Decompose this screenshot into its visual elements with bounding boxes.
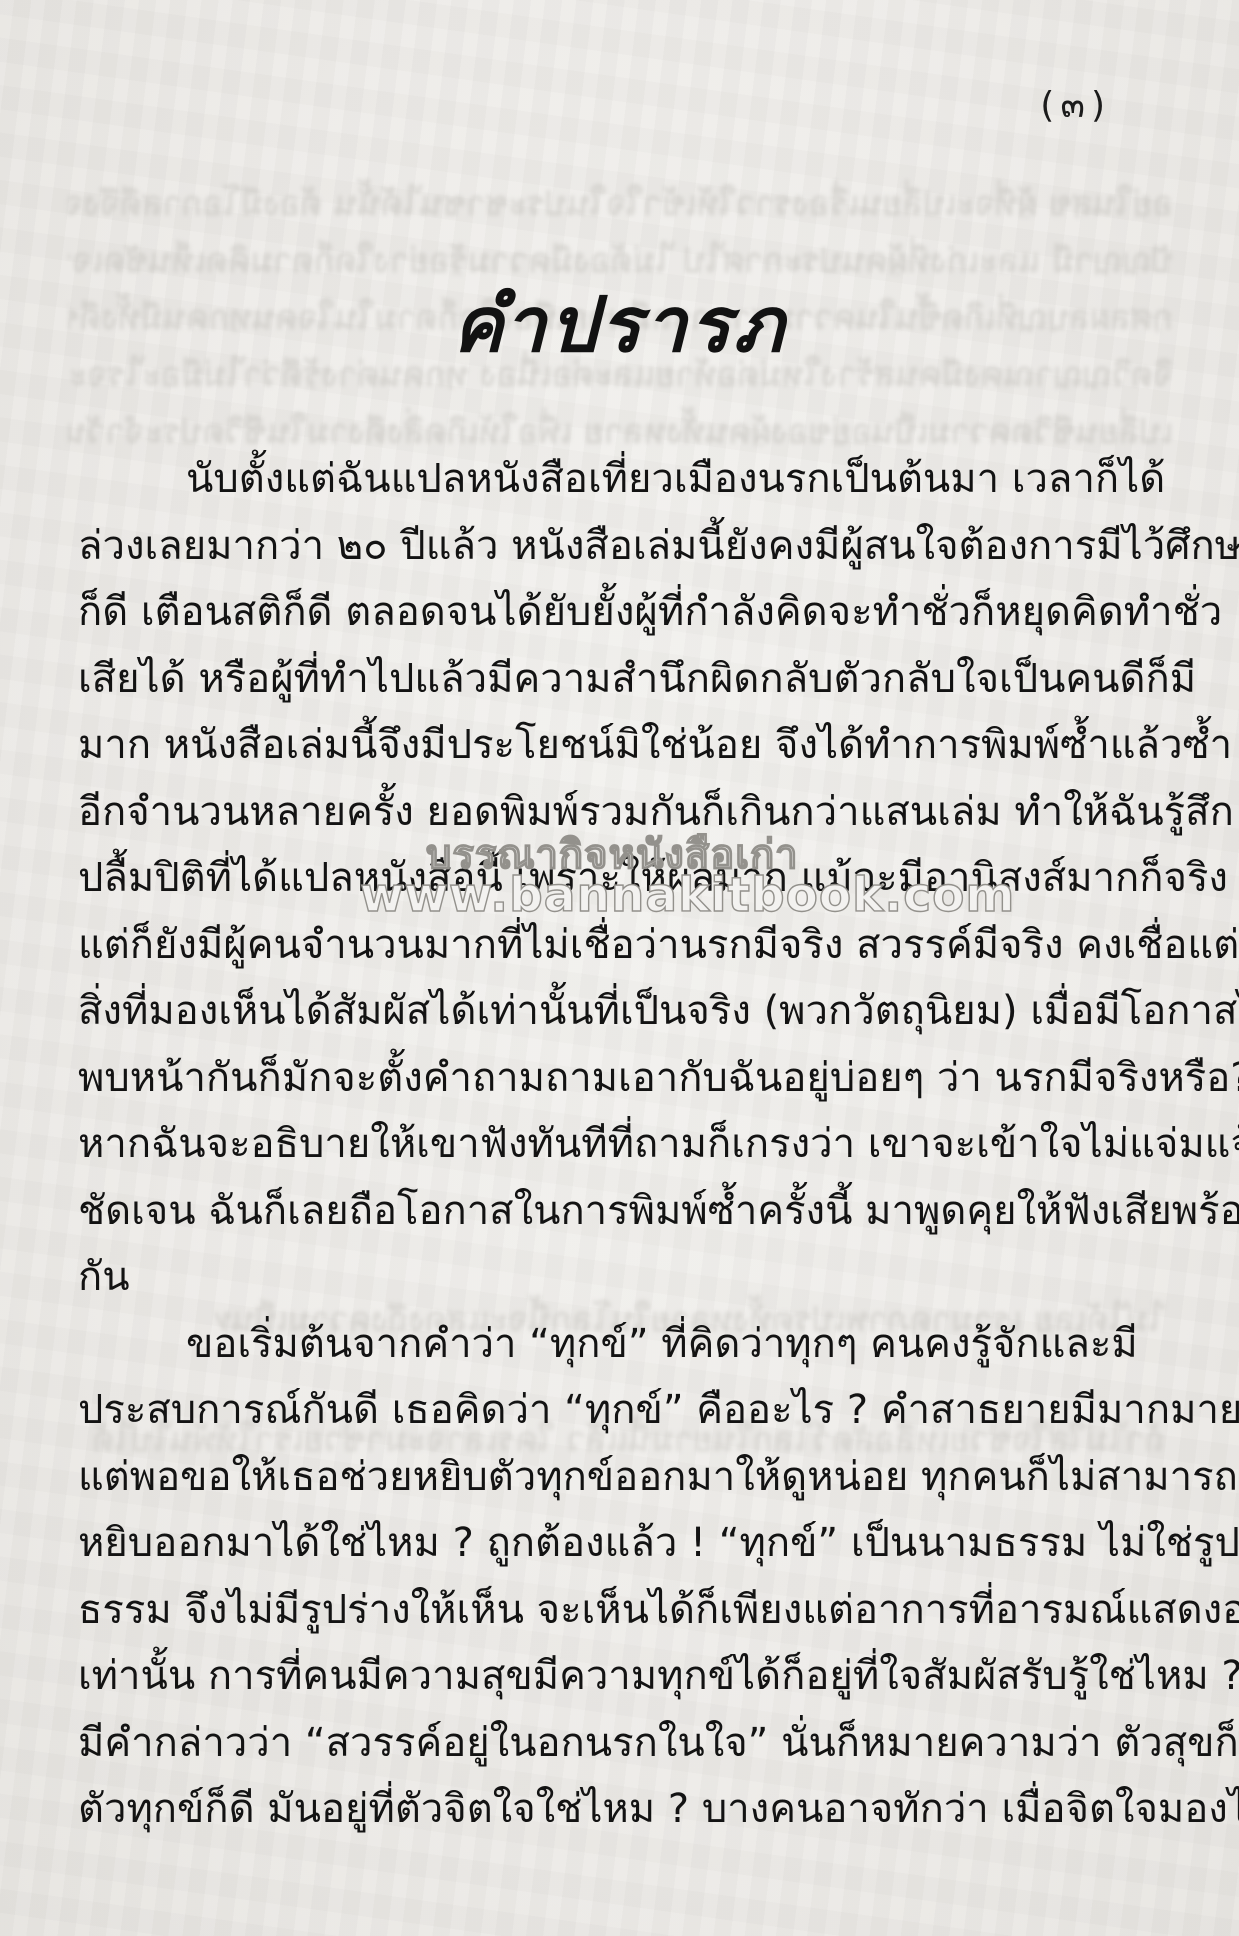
body-line: มาก หนังสือเล่มนี้จึงมีประโยชน์มิใช่น้อย… [78,712,1173,779]
body-line: ตัวทุกข์ก็ดี มันอยู่ที่ตัวจิตใจใช่ไหม ? … [78,1776,1173,1843]
body-line: แต่พอขอให้เธอช่วยหยิบตัวทุกข์ออกมาให้ดูห… [78,1444,1173,1511]
body-line: สิ่งที่มองเห็นได้สัมผัสได้เท่านั้นที่เป็… [78,978,1173,1045]
body-line: ก็ดี เตือนสติก็ดี ตลอดจนได้ยับยั้งผู้ที่… [78,579,1173,646]
body-line: อีกจำนวนหลายครั้ง ยอดพิมพ์รวมกันก็เกินกว… [78,779,1173,846]
bleedthrough-line: เปลี่ยนชีวิตความเป็นอยู่ของผู้คนทั้งหลาย… [68,404,1173,446]
body-line: เสียได้ หรือผู้ที่ทำไปแล้วมีความสำนึกผิด… [78,646,1173,713]
bleedthrough-line: อยู่ในสุข ผู้ที่จะเปลี่ยนเรื่องราวให้เข้… [68,176,1173,218]
body-line: นับตั้งแต่ฉันแปลหนังสือเที่ยวเมืองนรกเป็… [78,446,1173,513]
body-text: นับตั้งแต่ฉันแปลหนังสือเที่ยวเมืองนรกเป็… [78,446,1173,1843]
body-line: เท่านั้น การที่คนมีความสุขมีความทุกข์ได้… [78,1643,1173,1710]
body-line: ปลื้มปิติที่ได้แปลหนังสือนี้ เพราะให้ผลม… [78,845,1173,912]
body-line: หากฉันจะอธิบายให้เขาฟังทันทีที่ถามก็เกรง… [78,1111,1173,1178]
body-line: กัน [78,1244,1173,1311]
page-title: คำปรารภ [0,265,1239,385]
body-line: ล่วงเลยมากว่า ๒๐ ปีแล้ว หนังสือเล่มนี้ยั… [78,513,1173,580]
body-line: หยิบออกมาได้ใช่ไหม ? ถูกต้องแล้ว ! “ทุกข… [78,1510,1173,1577]
page-number: (๓) [1040,76,1111,133]
scanned-book-page: อยู่ในสุข ผู้ที่จะเปลี่ยนเรื่องราวให้เข้… [0,0,1239,1936]
body-line: ชัดเจน ฉันก็เลยถือโอกาสในการพิมพ์ซ้ำครั้… [78,1178,1173,1245]
body-line: พบหน้ากันก็มักจะตั้งคำถามถามเอากับฉันอยู… [78,1045,1173,1112]
body-line: มีคำกล่าวว่า “สวรรค์อยู่ในอกนรกในใจ” นั่… [78,1710,1173,1777]
body-line: แต่ก็ยังมีผู้คนจำนวนมากที่ไม่เชื่อว่านรก… [78,912,1173,979]
body-line: ประสบการณ์กันดี เธอคิดว่า “ทุกข์” คืออะไ… [78,1377,1173,1444]
body-line: ขอเริ่มต้นจากคำว่า “ทุกข์” ที่คิดว่าทุกๆ… [78,1311,1173,1378]
body-line: ธรรม จึงไม่มีรูปร่างให้เห็น จะเห็นได้ก็เ… [78,1577,1173,1644]
